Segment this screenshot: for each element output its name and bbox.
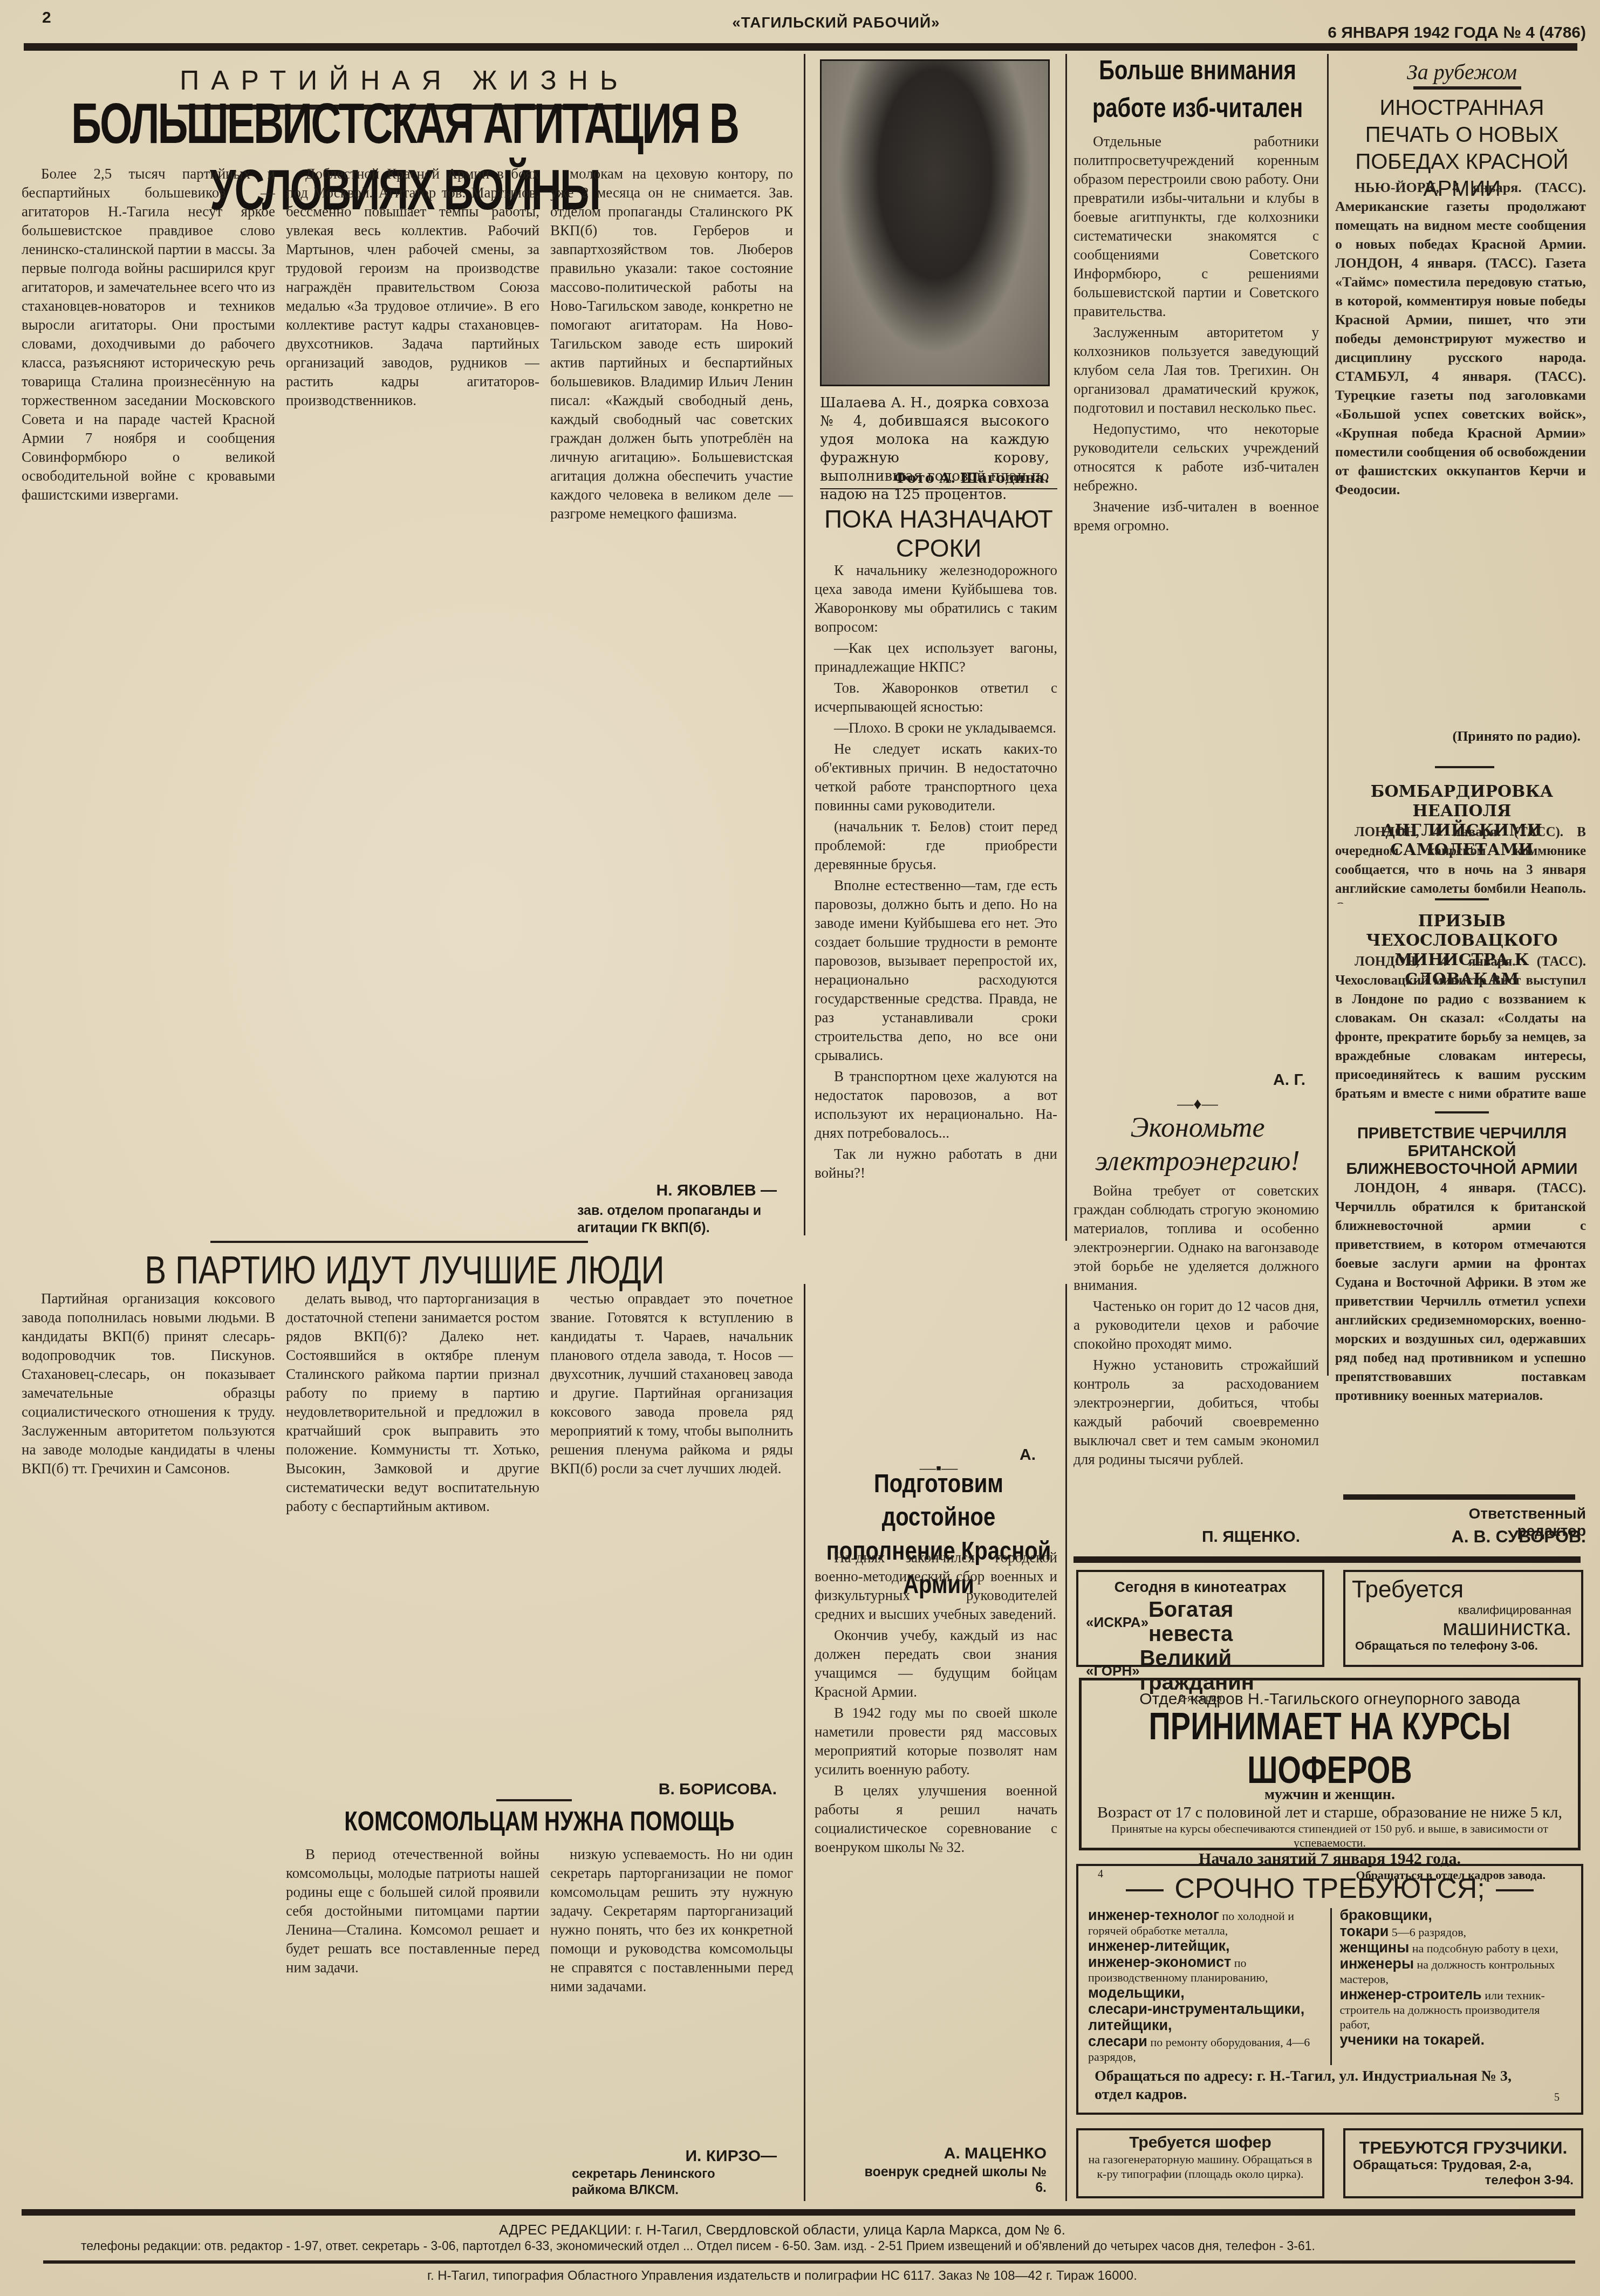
- cinema-film: Богатая невеста: [1148, 1598, 1315, 1646]
- article-body: К начальнику железнодорожного цеха завод…: [815, 561, 1057, 1413]
- photo-credit: Фото А. Шагодина.: [820, 469, 1049, 488]
- portrait-photo: [820, 59, 1050, 386]
- paragraph: К начальнику железнодорожного цеха завод…: [815, 561, 1057, 637]
- news-body: ЛОНДОН, 4 января. (ТАСС). Черчилль обрат…: [1335, 1179, 1586, 1481]
- article-signature: А. Г.: [1187, 1071, 1305, 1089]
- article-title: Экономьте электроэнергию!: [1090, 1111, 1305, 1178]
- vacancy-list-right: браковщики,токари 5—6 разрядов,женщины н…: [1332, 1908, 1571, 2065]
- paragraph: В транспортном цехе жалуются на недостат…: [815, 1067, 1057, 1143]
- ad-heading: Сегодня в кинотеатрах: [1078, 1578, 1322, 1596]
- vacancy-item: инженеры на должность контрольных мастер…: [1339, 1957, 1571, 1986]
- vacancy-detail: 5—6 разрядов,: [1389, 1925, 1466, 1939]
- ad-typist: Требуется квалифицированная машинистка. …: [1343, 1570, 1583, 1667]
- vacancy-title: инженеры: [1339, 1956, 1414, 1972]
- ad-chauffeur: Требуется шофер на газогенераторную маши…: [1076, 2128, 1324, 2198]
- ad-phone: телефон 3-94.: [1345, 2173, 1581, 2188]
- column-divider: [804, 54, 805, 1235]
- ad-title: ПРИНИМАЕТ НА КУРСЫ ШОФЕРОВ: [1082, 1704, 1578, 1792]
- cinema-venue: «ИСКРА»: [1086, 1614, 1148, 1631]
- vacancy-title: ученики на токарей.: [1339, 2032, 1485, 2048]
- news-body: ЛОНДОН, 4 января. (ТАСС). Чехословацкий …: [1335, 952, 1586, 1103]
- ad-sub: квалифицированная: [1345, 1603, 1581, 1617]
- vacancy-item: женщины на подсобную работу в цехи,: [1339, 1940, 1571, 1956]
- vacancy-title: инженер-экономист: [1088, 1954, 1231, 1970]
- ad-role: машинистка.: [1345, 1617, 1581, 1639]
- paragraph: В целях улучшения военной работы я решил…: [815, 1781, 1057, 1857]
- vacancy-item: слесари по ремонту оборудования, 4—6 раз…: [1088, 2034, 1325, 2064]
- paragraph: Так ли нужно работать в дни войны?!: [815, 1145, 1057, 1183]
- vacancy-title: браковщики,: [1339, 1907, 1432, 1923]
- article-body-column: Доблестной Красной Армии в боях под Моск…: [286, 165, 539, 1222]
- paragraph: Война требует от советских граждан соблю…: [1073, 1181, 1319, 1295]
- ad-text: на газогенераторную машину. Обращаться в…: [1078, 2152, 1322, 2181]
- editor-divider: [1343, 1494, 1575, 1500]
- news-divider: [1435, 898, 1489, 900]
- column-divider: [1327, 54, 1329, 1376]
- vacancy-item: инженер-технолог по холодной и горячей о…: [1088, 1908, 1325, 1938]
- vacancy-title: инженер-технолог: [1088, 1907, 1219, 1923]
- article-signature-role: зав. отделом пропаганды и агитации ГК ВК…: [577, 1202, 782, 1236]
- vacancy-item: литейщики,: [1088, 2018, 1325, 2033]
- ad-title: Требуется шофер: [1078, 2134, 1322, 2152]
- paragraph: Окончив учебу, каждый из нас должен пере…: [815, 1626, 1057, 1701]
- cinema-venue: «ГОРН»: [1086, 1663, 1140, 1679]
- ad-title: СРОЧНО ТРЕБУЮТСЯ;: [1078, 1873, 1581, 1905]
- ad-loaders: ТРЕБУЮТСЯ ГРУЗЧИКИ. Обращаться: Трудовая…: [1343, 2128, 1583, 2198]
- article-title: В ПАРТИЮ ИДУТ ЛУЧШИЕ ЛЮДИ: [81, 1248, 728, 1293]
- ad-cinema: Сегодня в кинотеатрах «ИСКРА» Богатая не…: [1076, 1570, 1324, 1667]
- paragraph: Вполне естественно—там, где есть паровоз…: [815, 876, 1057, 1065]
- vacancy-item: токари 5—6 разрядов,: [1339, 1924, 1571, 1939]
- vacancy-title: слесари-инструментальщики,: [1088, 2001, 1304, 2017]
- vacancy-item: инженер-экономист по производственному п…: [1088, 1955, 1325, 1985]
- ad-heading: Требуется: [1352, 1576, 1581, 1603]
- vacancy-title: женщины: [1339, 1939, 1409, 1956]
- vacancy-title: инженер-литейщик,: [1088, 1938, 1230, 1954]
- article-body-column: низкую успеваемость. Но ни один секретар…: [550, 1845, 793, 2104]
- paragraph: Тов. Жаворонков ответил с исчерпывающей …: [815, 679, 1057, 716]
- article-signature: А. МАЦЕНКО: [863, 2144, 1047, 2163]
- paragraph: Отдельные работники политпросветучрежден…: [1073, 132, 1319, 321]
- ad-address: Обращаться: Трудовая, 2-а,: [1345, 2158, 1581, 2173]
- article-body-column: делать вывод, что парторганизация в дост…: [286, 1289, 539, 1786]
- wavy-divider: [820, 488, 1057, 489]
- paragraph: —Плохо. В сроки не укладываемся.: [815, 719, 1057, 737]
- ad-driver-courses: Отдел кадров Н.-Тагильского огнеупорного…: [1079, 1678, 1581, 1850]
- issue-date: 6 ЯНВАРЯ 1942 ГОДА № 4 (4786): [1305, 24, 1586, 42]
- paragraph: Заслуженным авторитетом у колхозников по…: [1073, 323, 1319, 418]
- ad-number: 5: [1554, 2092, 1560, 2104]
- rubric-underline: [1413, 86, 1521, 90]
- footer-printer: г. Н-Тагил, типография Областного Управл…: [270, 2268, 1295, 2284]
- vacancy-title: слесари: [1088, 2033, 1147, 2049]
- paragraph: На-днях закончился городской военно-мето…: [815, 1548, 1057, 1624]
- ad-contact: Обращаться по адресу: г. Н.-Тагил, ул. И…: [1095, 2067, 1526, 2104]
- ad-line: Возраст от 17 с половиной лет и старше, …: [1082, 1803, 1578, 1822]
- news-body: ЛОНДОН, 4 января. (ТАСС). В очередном ка…: [1335, 823, 1586, 904]
- news-source: (Принято по радио).: [1403, 728, 1581, 744]
- paragraph: Не следует искать каких-то об'ективных п…: [815, 740, 1057, 815]
- masthead-rule: [24, 43, 1577, 51]
- article-signature-role: военрук средней школы № 6.: [863, 2164, 1047, 2196]
- vacancy-title: инженер-строитель: [1339, 1986, 1481, 2003]
- column-divider: [1065, 54, 1067, 1241]
- ads-divider: [1073, 1556, 1581, 1563]
- ad-urgent-vacancies: СРОЧНО ТРЕБУЮТСЯ; инженер-технолог по хо…: [1076, 1864, 1583, 2115]
- article-signature-role: секретарь Ленинского райкома ВЛКСМ.: [572, 2166, 766, 2198]
- paragraph: Значение изб-читален в военное время огр…: [1073, 497, 1319, 535]
- footer-address: АДРЕС РЕДАКЦИИ: г. Н-Тагил, Свердловской…: [216, 2222, 1349, 2238]
- vacancy-item: браковщики,: [1339, 1908, 1571, 1923]
- article-signature: И. КИРЗО—: [615, 2147, 777, 2165]
- vacancy-item: модельщики,: [1088, 1986, 1325, 2001]
- vacancy-title: модельщики,: [1088, 1985, 1185, 2001]
- paragraph: В 1942 году мы по своей школе наметили п…: [815, 1704, 1057, 1779]
- article-signature: Н. ЯКОВЛЕВ —: [583, 1181, 777, 1200]
- vacancy-item: инженер-строитель или техник-строитель н…: [1339, 1987, 1571, 2032]
- paragraph: Недопустимо, что некоторые руководители …: [1073, 420, 1319, 495]
- paragraph: (начальник т. Белов) стоит перед проблем…: [815, 817, 1057, 874]
- rubric-heading: За рубежом: [1338, 59, 1586, 85]
- ad-contact: Обращаться по телефону 3-06.: [1345, 1639, 1581, 1653]
- footer-rule: [43, 2260, 1575, 2264]
- news-body: НЬЮ-ЙОРК, 4 января. (ТАСС). Американские…: [1335, 178, 1586, 723]
- article-divider: [496, 1799, 572, 1801]
- article-title: ПОКА НАЗНАЧАЮТ СРОКИ: [820, 504, 1057, 563]
- ad-title: ТРЕБУЮТСЯ ГРУЗЧИКИ.: [1345, 2138, 1581, 2158]
- footer-rule: [22, 2209, 1575, 2216]
- article-body-column: молокам на цеховую контору, по уже 2 мес…: [550, 165, 793, 1173]
- article-body-column: честью оправдает это почетное звание. Го…: [550, 1289, 793, 1786]
- article-signature: П. ЯЩЕНКО.: [1160, 1528, 1300, 1546]
- news-divider: [1435, 766, 1494, 768]
- ad-line: Принятые на курсы обеспечиваются стипенд…: [1082, 1822, 1578, 1850]
- editor-name: А. В. СУВОРОВ.: [1403, 1527, 1586, 1547]
- ornament-divider: —♦—: [1165, 1095, 1230, 1113]
- footer-phones: телефоны редакции: отв. редактор - 1-97,…: [81, 2239, 1581, 2253]
- vacancy-list-left: инженер-технолог по холодной и горячей о…: [1088, 1908, 1332, 2065]
- news-divider: [1435, 1111, 1489, 1113]
- paragraph: —Как цех использует вагоны, принадлежащи…: [815, 639, 1057, 676]
- paragraph: Нужно установить строжайший контроль за …: [1073, 1356, 1319, 1469]
- column-divider: [1065, 1284, 1067, 2201]
- article-title: КОМСОМОЛЬЦАМ НУЖНА ПОМОЩЬ: [302, 1807, 777, 1837]
- article-body-column: Партийная организация коксового завода п…: [22, 1289, 275, 2185]
- article-body: Война требует от советских граждан соблю…: [1073, 1181, 1319, 1516]
- paragraph: Частенько он горит до 12 часов дня, а ру…: [1073, 1297, 1319, 1354]
- vacancy-title: литейщики,: [1088, 2017, 1172, 2033]
- newspaper-name: «ТАГИЛЬСКИЙ РАБОЧИЙ»: [701, 14, 971, 31]
- article-body-column: В период отечественной войны комсомольцы…: [286, 1845, 539, 2190]
- column-divider: [804, 1284, 805, 2201]
- article-divider: [210, 1241, 588, 1243]
- vacancy-item: ученики на токарей.: [1339, 2033, 1571, 2048]
- vacancy-detail: на подсобную работу в цехи,: [1409, 1942, 1558, 1955]
- article-signature: В. БОРИСОВА.: [637, 1780, 777, 1799]
- article-title: Больше внимания работе изб-читален: [1079, 52, 1316, 127]
- vacancy-title: токари: [1339, 1923, 1389, 1939]
- article-body: Отдельные работники политпросветучрежден…: [1073, 132, 1319, 1049]
- vacancy-item: инженер-литейщик,: [1088, 1939, 1325, 1954]
- vacancy-item: слесари-инструментальщики,: [1088, 2002, 1325, 2017]
- article-body-column: Более 2,5 тысяч партийных и беспартийных…: [22, 165, 275, 1222]
- news-title: ПРИВЕТСТВИЕ ЧЕРЧИЛЛЯ БРИТАНСКОЙ БЛИЖНЕВО…: [1338, 1125, 1586, 1178]
- ad-title-text: СРОЧНО ТРЕБУЮТСЯ;: [1174, 1873, 1485, 1904]
- page-number: 2: [42, 9, 51, 27]
- article-body: На-днях закончился городской военно-мето…: [815, 1548, 1057, 2088]
